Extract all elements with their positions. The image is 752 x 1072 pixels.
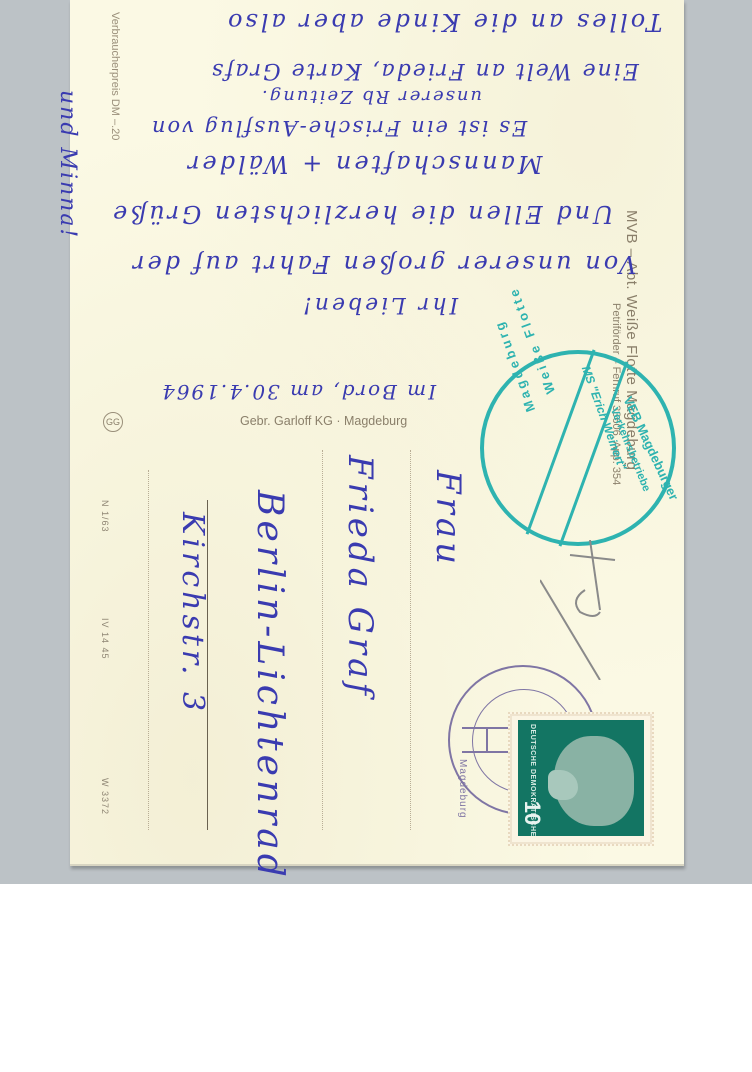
address-city: Berlin-Lichtenrad: [249, 490, 290, 881]
postage-stamp: DEUTSCHE DEMOKRATISCHE REPUBLIK 10: [518, 720, 644, 836]
print-code-1: N 1/63: [100, 500, 110, 533]
printer-logo-icon: GG: [103, 412, 123, 432]
pencil-mark-icon: [540, 540, 620, 680]
postmark-bar: [486, 729, 488, 751]
address-street: Kirchstr. 3: [175, 512, 210, 715]
postmark-text: Magdeburg: [457, 759, 468, 819]
message-salutation: Ihr Lieben!: [300, 292, 458, 317]
printer-credit: Gebr. Garloff KG · Magdeburg: [240, 414, 407, 428]
address-dotted-line: [322, 450, 323, 830]
message-line-3: unserer Rb Zeitung.: [260, 86, 482, 107]
print-code-2: IV 14 45: [100, 618, 110, 660]
message-margin-note: und Minna!: [55, 90, 80, 239]
message-dateline: Im Bord, am 30.4.1964: [160, 380, 436, 404]
price-label: Verbraucherpreis DM –.20: [109, 12, 121, 140]
address-dotted-line: [410, 450, 411, 830]
address-salutation: Frau: [428, 470, 468, 568]
message-line-6: Und Ellen die herzlichsten Grüße: [110, 200, 613, 228]
address-name: Frieda Graf: [340, 455, 380, 699]
message-line-5: Mannschaften + Wälder: [185, 150, 542, 178]
message-line-4: Es ist ein Frische-Ausflug von: [150, 116, 527, 140]
print-code-3: W 3372: [100, 778, 110, 815]
address-dotted-line: [148, 470, 149, 830]
company-rubber-stamp: VEB Magdeburger Verkehrsbetriebe MS "Eri…: [480, 350, 676, 546]
printer-logo-text: GG: [106, 417, 120, 427]
stamp-value: 10: [519, 801, 545, 825]
message-line-7: Von unserer großen Fahrt auf der: [130, 250, 636, 278]
message-line-1: Tolles an die Kinde aber also: [225, 8, 662, 36]
message-line-2: Eine Welt an Frieda, Karte Grafs: [210, 58, 639, 83]
